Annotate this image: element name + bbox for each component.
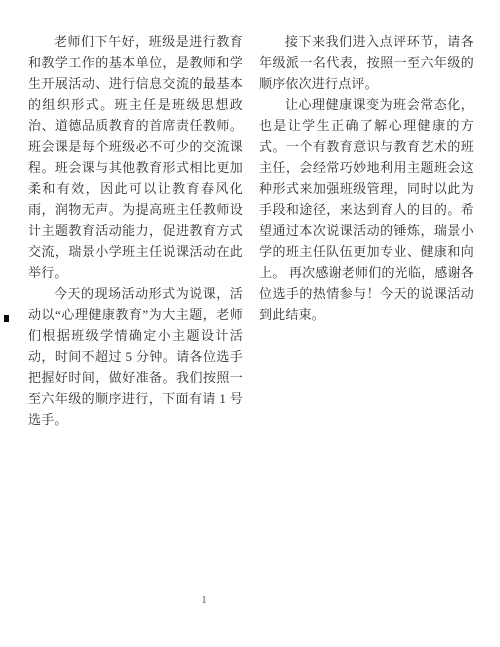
paragraph-opening: 老师们下午好，班级是进行教育和教学工作的基本单位，是教师和学生开展活动、进行信息… (28, 31, 243, 283)
paragraph-closing: 让心理健康课变为班会常态化，也是让学生正确了解心理健康的方式。一个有教育意识与教… (259, 94, 474, 325)
paragraph-activity-rules: 今天的现场活动形式为说课，活动以“心理健康教育”为大主题，老师们根据班级学情确定… (28, 283, 243, 430)
page-number: 1 (195, 594, 213, 608)
two-column-text-block: 老师们下午好，班级是进行教育和教学工作的基本单位，是教师和学生开展活动、进行信息… (28, 31, 474, 430)
document-page: 老师们下午好，班级是进行教育和教学工作的基本单位，是教师和学生开展活动、进行信息… (0, 0, 500, 647)
left-column: 老师们下午好，班级是进行教育和教学工作的基本单位，是教师和学生开展活动、进行信息… (28, 31, 243, 430)
stray-bullet-mark (4, 315, 9, 322)
paragraph-review-intro: 接下来我们进入点评环节，请各年级派一名代表，按照一至六年级的顺序依次进行点评。 (259, 31, 474, 94)
right-column: 接下来我们进入点评环节，请各年级派一名代表，按照一至六年级的顺序依次进行点评。 … (259, 31, 474, 430)
